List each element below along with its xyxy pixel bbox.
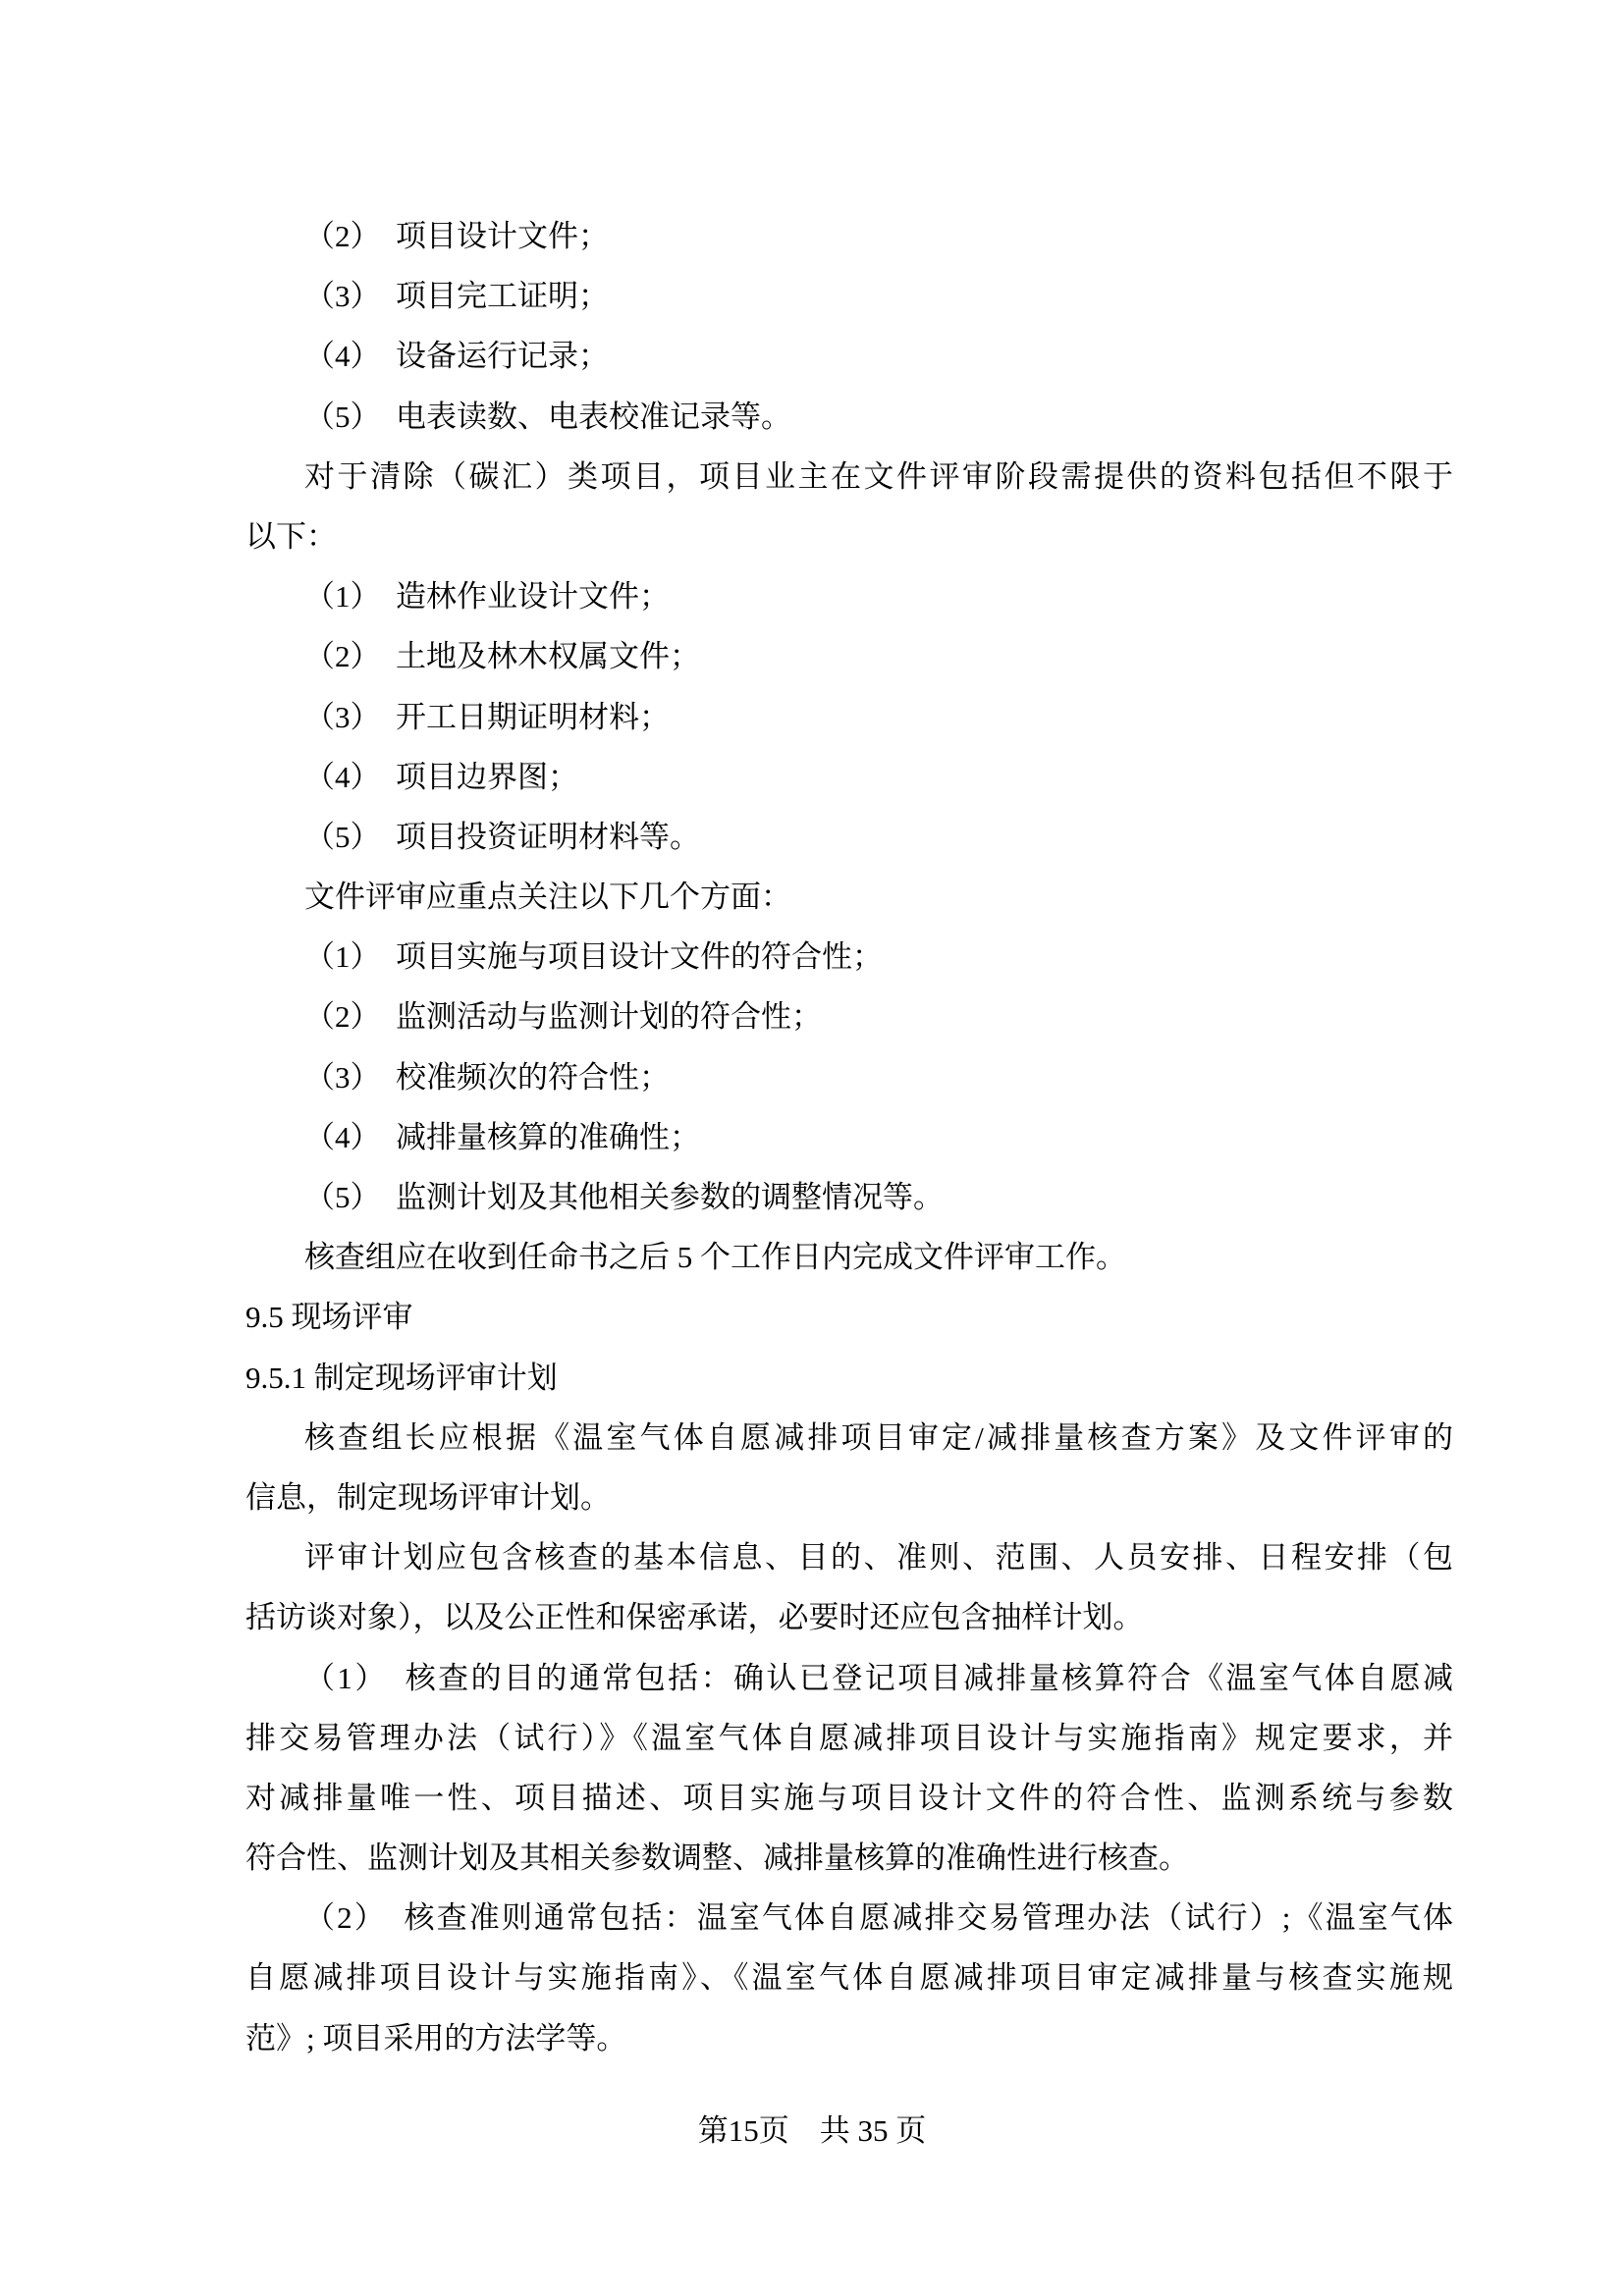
list-item: （4） 设备运行记录； [245,326,1453,386]
paragraph-first-line: 对于清除（碳汇）类项目，项目业主在文件评审阶段需提供的资料包括但不限于 [245,447,1453,507]
list-item: （2） 土地及林木权属文件； [245,626,1453,686]
paragraph-first-line: 评审计划应包含核查的基本信息、目的、准则、范围、人员安排、日程安排（包 [245,1527,1453,1587]
paragraph-first-line: 文件评审应重点关注以下几个方面： [245,867,1453,927]
paragraph-line: 对减排量唯一性、项目描述、项目实施与项目设计文件的符合性、监测系统与参数 [245,1768,1453,1828]
paragraph-line: 以下： [245,507,1453,566]
list-item: （1） 核查的目的通常包括：确认已登记项目减排量核算符合《温室气体自愿减 [245,1648,1453,1708]
paragraph-first-line: 核查组应在收到任命书之后 5 个工作日内完成文件评审工作。 [245,1227,1453,1287]
paragraph-line: 自愿减排项目设计与实施指南》、《温室气体自愿减排项目审定减排量与核查实施规 [245,1948,1453,2007]
list-item: （3） 校准频次的符合性； [245,1047,1453,1107]
list-item: （2） 监测活动与监测计划的符合性； [245,987,1453,1046]
list-item: （5） 电表读数、电表校准记录等。 [245,387,1453,447]
paragraph-line: 范》; 项目采用的方法学等。 [245,2008,1453,2068]
section-heading: 9.5 现场评审 [245,1287,1453,1347]
section-heading: 9.5.1 制定现场评审计划 [245,1348,1453,1408]
paragraph-line: 信息，制定现场评审计划。 [245,1468,1453,1527]
page-number-footer: 第15页 共 35 页 [0,2101,1624,2161]
list-item: （3） 开工日期证明材料； [245,687,1453,747]
list-item: （1） 造林作业设计文件； [245,566,1453,626]
list-item: （2） 核查准则通常包括：温室气体自愿减排交易管理办法（试行）;《温室气体 [245,1888,1453,1948]
paragraph-first-line: 核查组长应根据《温室气体自愿减排项目审定/减排量核查方案》及文件评审的 [245,1408,1453,1468]
list-item: （4） 减排量核算的准确性； [245,1107,1453,1167]
document-page: （2） 项目设计文件； （3） 项目完工证明； （4） 设备运行记录； （5） … [0,0,1624,2296]
list-item: （5） 项目投资证明材料等。 [245,807,1453,867]
list-item: （4） 项目边界图； [245,747,1453,807]
paragraph-line: 括访谈对象），以及公正性和保密承诺，必要时还应包含抽样计划。 [245,1587,1453,1647]
paragraph-line: 排交易管理办法（试行）》《温室气体自愿减排项目设计与实施指南》规定要求，并 [245,1708,1453,1768]
list-item: （3） 项目完工证明； [245,266,1453,326]
list-item: （1） 项目实施与项目设计文件的符合性； [245,927,1453,987]
list-item: （2） 项目设计文件； [245,206,1453,266]
document-body: （2） 项目设计文件； （3） 项目完工证明； （4） 设备运行记录； （5） … [245,206,1453,2068]
paragraph-line: 符合性、监测计划及其相关参数调整、减排量核算的准确性进行核查。 [245,1828,1453,1888]
list-item: （5） 监测计划及其他相关参数的调整情况等。 [245,1167,1453,1227]
